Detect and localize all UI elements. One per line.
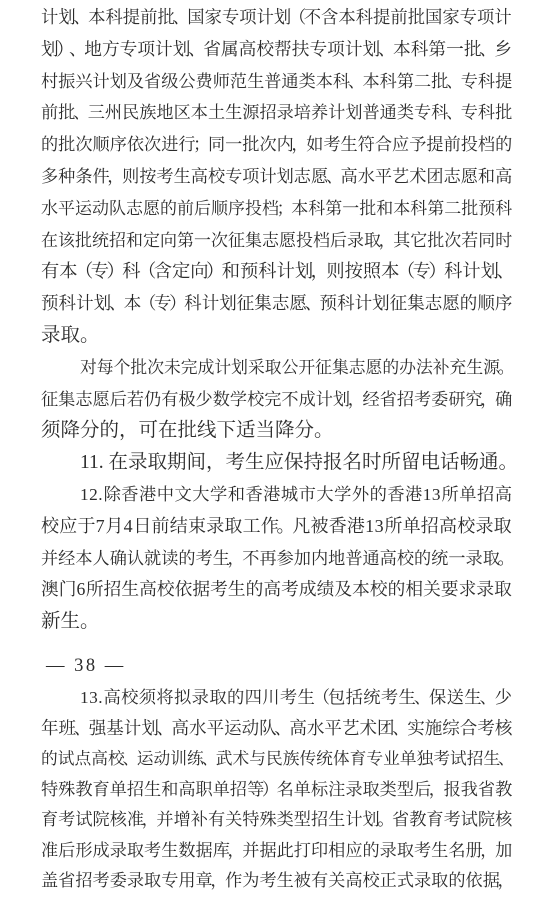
text-line: 须降分的，可在批线下适当降分。 bbox=[41, 415, 512, 447]
text-line: 校应于7月4日前结束录取工作。凡被香港13所单招高校录取 bbox=[41, 511, 512, 543]
text-line: 征集志愿后若仍有极少数学校完不成计划，经省招考委研究，确 bbox=[41, 384, 512, 416]
paragraph: 对每个批次未完成计划采取公开征集志愿的办法补充生源。征集志愿后若仍有极少数学校完… bbox=[41, 352, 512, 447]
text-line: 的试点高校、运动训练、武术与民族传统体育专业单独考试招生、 bbox=[41, 744, 512, 775]
document-page: 计划、本科提前批、国家专项计划（不含本科提前批国家专项计划）、地方专项计划、省属… bbox=[0, 0, 552, 902]
text-line: 特殊教育单招生和高职单招等）名单标注录取类型后，报我省教 bbox=[41, 775, 512, 806]
paragraph: 13.高校须将拟录取的四川考生（包括统考生、保送生、少年班、强基计划、高水平运动… bbox=[41, 683, 512, 897]
text-line: 的批次顺序依次进行；同一批次内，如考生符合应予提前投档的 bbox=[41, 129, 512, 161]
text-line: 录取。 bbox=[41, 320, 512, 352]
text-line: 计划、本科提前批、国家专项计划（不含本科提前批国家专项计 bbox=[41, 2, 512, 34]
page-number: — 38 — bbox=[41, 651, 512, 683]
text-line: 12.除香港中文大学和香港城市大学外的香港13所单招高 bbox=[41, 479, 512, 511]
paragraph: 计划、本科提前批、国家专项计划（不含本科提前批国家专项计划）、地方专项计划、省属… bbox=[41, 2, 512, 352]
text-line: 新生。 bbox=[41, 606, 512, 638]
text-line: 13.高校须将拟录取的四川考生（包括统考生、保送生、少 bbox=[41, 683, 512, 714]
text-line: 11. 在录取期间，考生应保持报名时所留电话畅通。 bbox=[41, 447, 512, 479]
text-line: 育考试院核准，并增补有关特殊类型招生计划。省教育考试院核 bbox=[41, 805, 512, 836]
text-line: 前批、三州民族地区本土生源招录培养计划普通类专科、专科批 bbox=[41, 97, 512, 129]
text-line: 并经本人确认就读的考生，不再参加内地普通高校的统一录取。 bbox=[41, 543, 512, 575]
text-line: 盖省招考委录取专用章，作为考生被有关高校正式录取的依据， bbox=[41, 866, 512, 897]
text-line: 澳门6所招生高校依据考生的高考成绩及本校的相关要求录取 bbox=[41, 574, 512, 606]
text-line: 水平运动队志愿的前后顺序投档；本科第一批和本科第二批预科 bbox=[41, 193, 512, 225]
text-line: 划）、地方专项计划、省属高校帮扶专项计划、本科第一批、乡 bbox=[41, 34, 512, 66]
text-line: 多种条件，则按考生高校专项计划志愿、高水平艺术团志愿和高 bbox=[41, 161, 512, 193]
text-line: 村振兴计划及省级公费师范生普通类本科、本科第二批、专科提 bbox=[41, 66, 512, 98]
paragraph: 11. 在录取期间，考生应保持报名时所留电话畅通。 bbox=[41, 447, 512, 479]
text-line: 对每个批次未完成计划采取公开征集志愿的办法补充生源。 bbox=[41, 352, 512, 384]
document-content: 计划、本科提前批、国家专项计划（不含本科提前批国家专项计划）、地方专项计划、省属… bbox=[41, 2, 512, 897]
text-line: 有本（专）科（含定向）和预科计划，则按照本（专）科计划、 bbox=[41, 256, 512, 288]
paragraph: 12.除香港中文大学和香港城市大学外的香港13所单招高校应于7月4日前结束录取工… bbox=[41, 479, 512, 638]
page-number-text: — 38 — bbox=[41, 651, 512, 683]
text-line: 预科计划、本（专）科计划征集志愿、预科计划征集志愿的顺序 bbox=[41, 288, 512, 320]
text-line: 准后形成录取考生数据库，并据此打印相应的录取考生名册，加 bbox=[41, 836, 512, 867]
text-line: 在该批统招和定向第一次征集志愿投档后录取，其它批次若同时 bbox=[41, 225, 512, 257]
text-line: 年班、强基计划、高水平运动队、高水平艺术团、实施综合考核 bbox=[41, 713, 512, 744]
